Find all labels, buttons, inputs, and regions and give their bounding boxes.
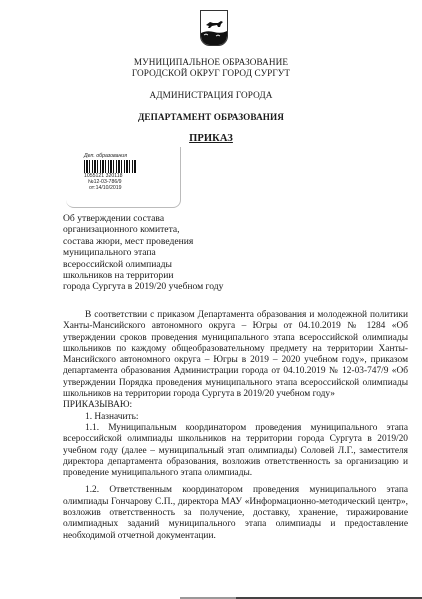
stamp-department: Деп. образования — [84, 153, 140, 159]
subject-line: всероссийской олимпиады — [63, 259, 283, 270]
order-directive: ПРИКАЗЫВАЮ: — [63, 400, 408, 411]
header-department: ДЕПАРТАМЕНТ ОБРАЗОВАНИЯ — [0, 112, 422, 122]
header-municipality: МУНИЦИПАЛЬНОЕ ОБРАЗОВАНИЕ — [0, 57, 422, 67]
header-administration: АДМИНИСТРАЦИЯ ГОРОДА — [0, 90, 422, 100]
header-city-district: ГОРОДСКОЙ ОКРУГ ГОРОД СУРГУТ — [0, 68, 422, 78]
subject-line: школьников на территории — [63, 270, 283, 281]
preamble-paragraph: В соответствии с приказом Департамента о… — [63, 310, 408, 400]
document-page: МУНИЦИПАЛЬНОЕ ОБРАЗОВАНИЕ ГОРОДСКОЙ ОКРУ… — [0, 0, 422, 599]
item-1-2: 1.2. Ответственным координатором проведе… — [63, 485, 408, 541]
item-1: 1. Назначить: — [63, 412, 408, 423]
subject-line: Об утверждении состава — [63, 213, 283, 224]
order-body: В соответствии с приказом Департамента о… — [63, 310, 408, 542]
subject-line: города Сургута в 2019/20 учебном году — [63, 281, 283, 292]
stamp-date: от:14/10/2019 — [84, 185, 140, 191]
subject-line: состава жюри, мест проведения — [63, 236, 283, 247]
subject-line: организационного комитета, — [63, 224, 283, 235]
registration-stamp: Деп. образования 1055121 320118 №12-03-7… — [84, 153, 140, 203]
item-1-1: 1.1. Муниципальным координатором проведе… — [63, 423, 408, 479]
document-title: ПРИКАЗ — [0, 133, 422, 144]
barcode-icon — [84, 160, 136, 173]
subject-line: муниципального этапа — [63, 247, 283, 258]
surgut-coat-of-arms-icon — [200, 10, 228, 46]
order-subject: Об утверждении состава организационного … — [63, 213, 283, 293]
fox-emblem-icon — [201, 11, 227, 45]
